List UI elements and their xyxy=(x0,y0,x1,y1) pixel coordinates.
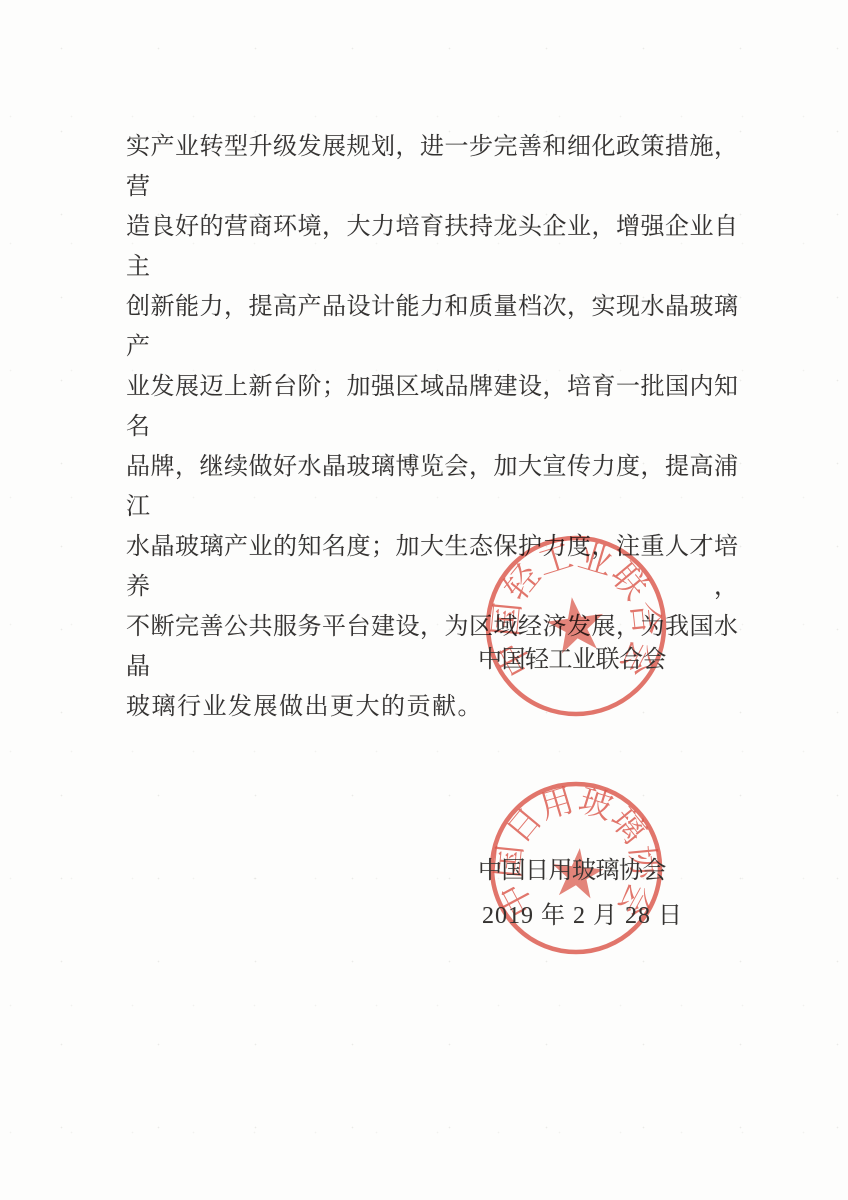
date-line: 2019 年 2 月 28 日 xyxy=(482,895,683,930)
body-line: 实产业转型升级发展规划，进一步完善和细化政策措施，营 xyxy=(126,127,738,207)
body-line: 业发展迈上新台阶；加强区域品牌建设，培育一批国内知名 xyxy=(126,367,738,447)
seal-light-industry: 中国轻工业联合会 xyxy=(471,521,681,731)
body-line: 创新能力，提高产品设计能力和质量档次，实现水晶玻璃产 xyxy=(126,287,738,367)
body-line: 品牌，继续做好水晶玻璃博览会，加大宣传力度，提高浦江 xyxy=(126,447,738,527)
scanned-document-page: 实产业转型升级发展规划，进一步完善和细化政策措施，营 造良好的营商环境，大力培育… xyxy=(0,0,848,1200)
body-line: 造良好的营商环境，大力培育扶持龙头企业，增强企业自主 xyxy=(126,207,738,287)
signature-glass-association: 中国日用玻璃协会 xyxy=(478,850,666,885)
signature-light-industry-council: 中国轻工业联合会 xyxy=(478,639,666,674)
